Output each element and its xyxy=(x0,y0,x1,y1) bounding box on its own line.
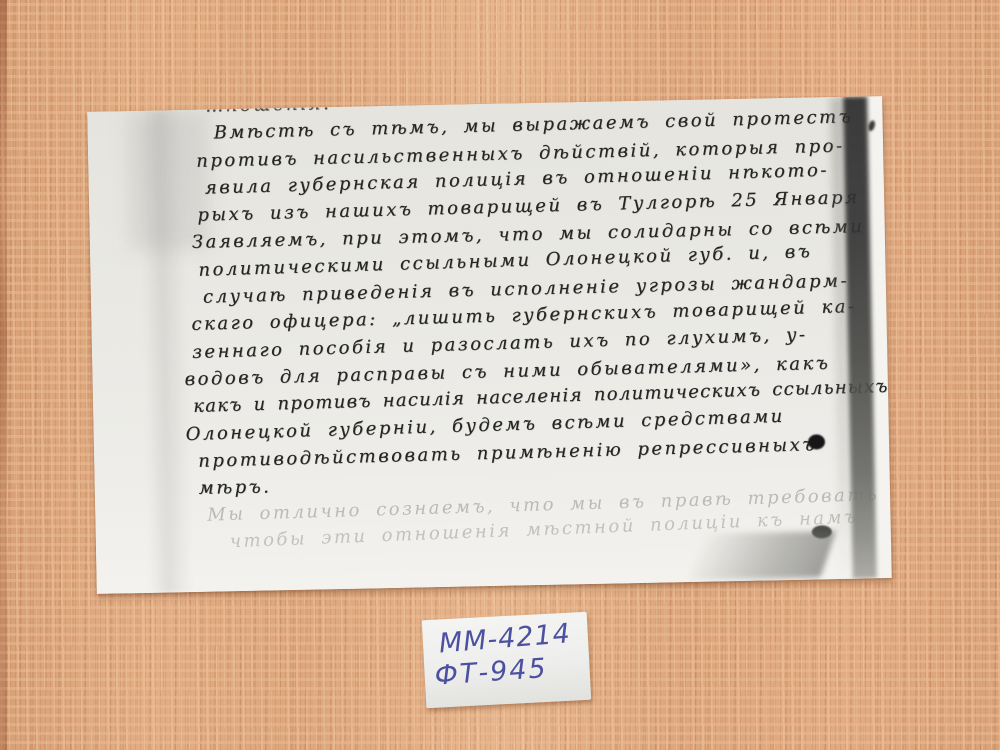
wood-table-background: …ношенія. Вмѣстѣ съ тѣмъ, мы выражаемъ с… xyxy=(0,0,1000,750)
catalog-label: ММ-4214 ФТ-945 xyxy=(422,612,591,709)
photo-blemish xyxy=(867,120,876,132)
manuscript-line: мѣръ. xyxy=(199,475,272,500)
wood-edge-shading xyxy=(0,0,7,750)
manuscript-line: …ношенія. xyxy=(205,96,332,119)
document-photograph: …ношенія. Вмѣстѣ съ тѣмъ, мы выражаемъ с… xyxy=(87,96,892,594)
ink-blot xyxy=(808,434,825,449)
manuscript-page: …ношенія. Вмѣстѣ съ тѣмъ, мы выражаемъ с… xyxy=(87,96,871,593)
page-corner-smudge xyxy=(688,531,836,580)
